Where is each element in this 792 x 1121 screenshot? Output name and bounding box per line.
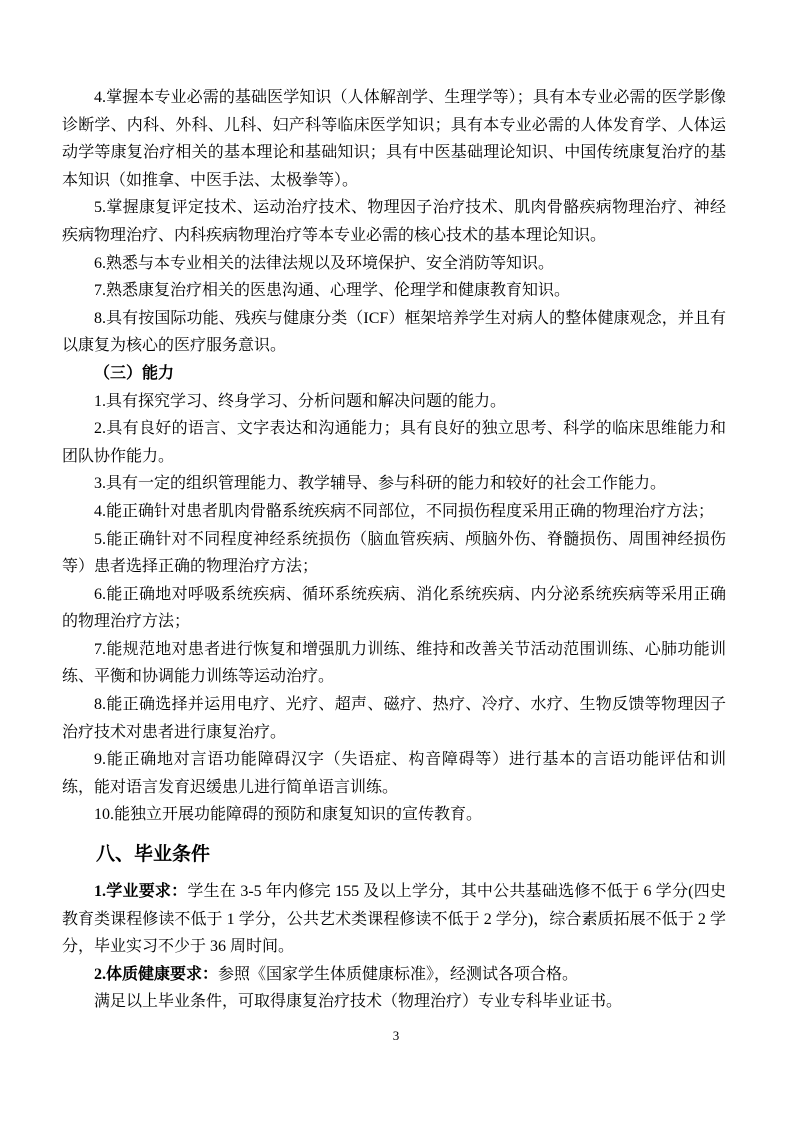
paragraph-ability-6: 6.能正确地对呼吸系统疾病、循环系统疾病、消化系统疾病、内分泌系统疾病等采用正确… [62, 581, 726, 636]
paragraph-academic-requirement: 1.学业要求：学生在 3-5 年内修完 155 及以上学分，其中公共基础选修不低… [62, 878, 726, 961]
paragraph-diploma: 满足以上毕业条件，可取得康复治疗技术（物理治疗）专业专科毕业证书。 [62, 988, 726, 1016]
paragraph-ability-7: 7.能规范地对患者进行恢复和增强肌力训练、维持和改善关节活动范围训练、心肺功能训… [62, 636, 726, 691]
paragraph-ability-10: 10.能独立开展功能障碍的预防和康复知识的宣传教育。 [62, 801, 726, 829]
sub-heading-ability: （三）能力 [62, 360, 726, 388]
section-heading-graduation: 八、毕业条件 [62, 841, 726, 869]
document-page: 4.掌握本专业必需的基础医学知识（人体解剖学、生理学等）；具有本专业必需的医学影… [0, 0, 792, 1121]
paragraph-ability-8: 8.能正确选择并运用电疗、光疗、超声、磁疗、热疗、冷疗、水疗、生物反馈等物理因子… [62, 691, 726, 746]
paragraph-fitness-requirement: 2.体质健康要求：参照《国家学生体质健康标准》，经测试各项合格。 [62, 961, 726, 989]
fitness-requirement-text: 参照《国家学生体质健康标准》，经测试各项合格。 [218, 966, 578, 983]
page-content: 4.掌握本专业必需的基础医学知识（人体解剖学、生理学等）；具有本专业必需的医学影… [62, 84, 726, 1016]
paragraph-ability-1: 1.具有探究学习、终身学习、分析问题和解决问题的能力。 [62, 388, 726, 416]
paragraph-knowledge-6: 6.熟悉与本专业相关的法律法规以及环境保护、安全消防等知识。 [62, 250, 726, 278]
paragraph-knowledge-7: 7.熟悉康复治疗相关的医患沟通、心理学、伦理学和健康教育知识。 [62, 277, 726, 305]
academic-requirement-label: 1.学业要求： [94, 883, 187, 900]
paragraph-ability-9: 9.能正确地对言语功能障碍汉字（失语症、构音障碍等）进行基本的言语功能评估和训练… [62, 746, 726, 801]
paragraph-ability-2: 2.具有良好的语言、文字表达和沟通能力；具有良好的独立思考、科学的临床思维能力和… [62, 415, 726, 470]
page-number: 3 [0, 1027, 792, 1045]
paragraph-ability-3: 3.具有一定的组织管理能力、教学辅导、参与科研的能力和较好的社会工作能力。 [62, 470, 726, 498]
paragraph-knowledge-8: 8.具有按国际功能、残疾与健康分类（ICF）框架培养学生对病人的整体健康观念，并… [62, 305, 726, 360]
paragraph-ability-4: 4.能正确针对患者肌肉骨骼系统疾病不同部位，不同损伤程度采用正确的物理治疗方法； [62, 498, 726, 526]
paragraph-knowledge-5: 5.掌握康复评定技术、运动治疗技术、物理因子治疗技术、肌肉骨骼疾病物理治疗、神经… [62, 194, 726, 249]
paragraph-ability-5: 5.能正确针对不同程度神经系统损伤（脑血管疾病、颅脑外伤、脊髓损伤、周围神经损伤… [62, 526, 726, 581]
paragraph-knowledge-4: 4.掌握本专业必需的基础医学知识（人体解剖学、生理学等）；具有本专业必需的医学影… [62, 84, 726, 194]
fitness-requirement-label: 2.体质健康要求： [94, 966, 218, 983]
